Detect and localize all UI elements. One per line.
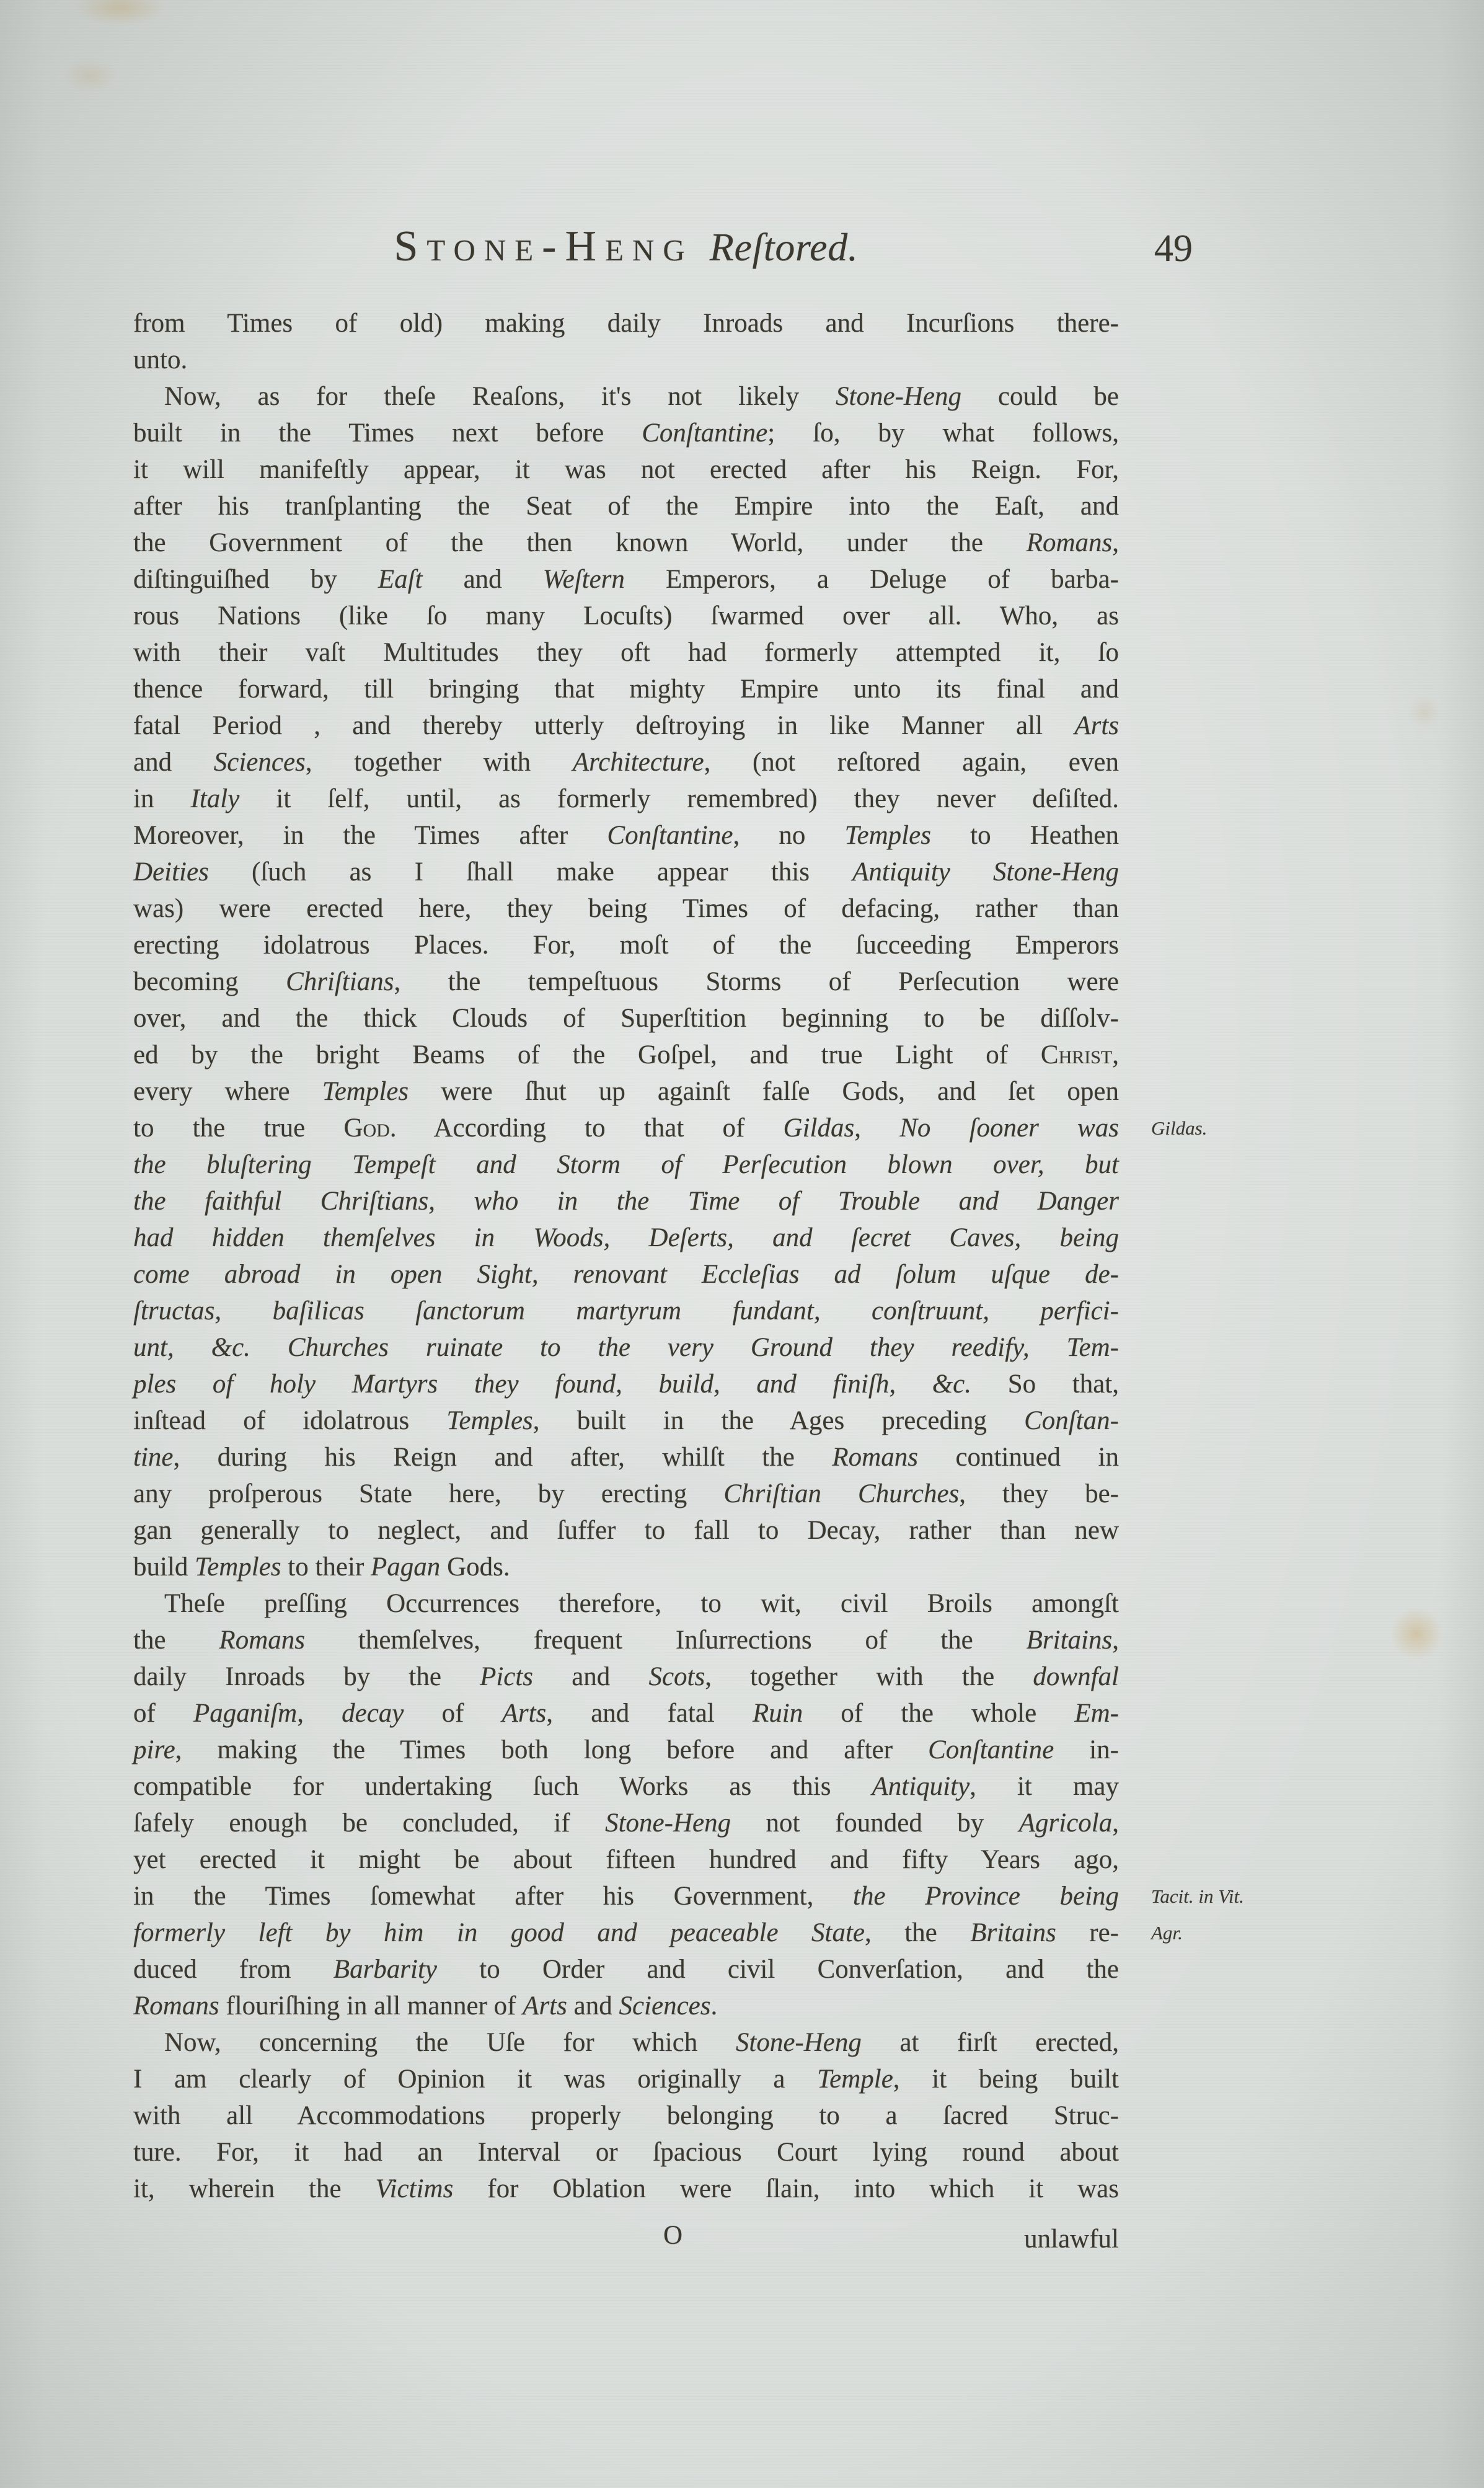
text-segment: Barbarity (333, 1955, 437, 1984)
text-line: Moreover, in the Times after Conſtantine… (133, 817, 1119, 854)
text-segment: the Government of the then known World, … (133, 528, 1027, 557)
text-segment: Scots (648, 1662, 705, 1691)
text-segment: and (133, 748, 214, 777)
text-segment: the faithful Chriſtians, who in the Time… (133, 1187, 1119, 1216)
text-segment: rous Nations (like ſo many Locuſts) ſwar… (133, 601, 1119, 631)
text-segment: Chriſtians (286, 967, 394, 996)
text-segment: , (1112, 1626, 1119, 1655)
text-segment: , no (733, 821, 844, 850)
text-segment: Picts (480, 1662, 533, 1691)
text-segment: Temples (446, 1406, 532, 1435)
text-line: ples of holy Martyrs they found, build, … (133, 1366, 1119, 1402)
text-segment: the (133, 1626, 219, 1655)
text-line: Romans flouriſhing in all manner of Arts… (133, 1988, 1119, 2024)
text-segment: Italy (191, 784, 240, 813)
text-segment: were ſhut up againſt falſe Gods, and ſet… (409, 1077, 1119, 1106)
text-segment: the Province being (853, 1882, 1119, 1911)
text-segment: , (854, 1113, 899, 1143)
text-line: ture. For, it had an Interval or ſpaciou… (133, 2134, 1119, 2171)
text-segment: inſtead of idolatrous (133, 1406, 446, 1435)
text-segment: God (343, 1113, 389, 1143)
text-segment: ſafely enough be concluded, if (133, 1808, 605, 1838)
text-segment: in (133, 784, 191, 813)
text-line: any proſperous State here, by erecting C… (133, 1476, 1119, 1512)
text-segment: to the true (133, 1113, 343, 1143)
text-segment: , the (865, 1918, 970, 1947)
margin-note: Gildas. (1151, 1110, 1411, 1146)
text-segment: come abroad in open Sight, renovant Eccl… (133, 1260, 1119, 1289)
text-line: over, and the thick Clouds of Superſtiti… (133, 1000, 1119, 1037)
text-segment: of (133, 1699, 193, 1728)
text-segment: Emperors, a Deluge of barba- (625, 565, 1119, 594)
text-segment: after his tranſplanting the Seat of the … (133, 492, 1119, 521)
text-line: in the Times ſomewhat after his Governme… (133, 1878, 1119, 1915)
text-segment: Paganiſm (193, 1699, 297, 1728)
text-line: with their vaſt Multitudes they oft had … (133, 634, 1119, 671)
text-segment: tine (133, 1443, 173, 1472)
text-segment: downfal (1033, 1662, 1119, 1691)
text-segment: ples of holy Martyrs they found, build, … (133, 1370, 971, 1399)
text-line: the bluſtering Tempeſt and Storm of Perſ… (133, 1146, 1119, 1183)
book-page: Stone-HengReſtored. 49 from Times of old… (0, 0, 1484, 2488)
text-segment: Conſtantine (642, 418, 767, 448)
text-segment: yet erected it might be about fifteen hu… (133, 1845, 1119, 1874)
text-line: Now, concerning the Uſe for which Stone-… (133, 2024, 1119, 2061)
text-segment: Weſtern (543, 565, 625, 594)
text-segment: , (297, 1699, 342, 1728)
text-segment: of the whole (803, 1699, 1074, 1728)
text-segment: over, and the thick Clouds of Superſtiti… (133, 1004, 1119, 1033)
text-segment: was) were erected here, they being Times… (133, 894, 1119, 923)
text-segment: Conſtantine (928, 1735, 1054, 1764)
text-segment: Stone-Heng (605, 1808, 731, 1838)
text-line: the Government of the then known World, … (133, 525, 1119, 561)
text-segment: Romans (133, 1991, 219, 2021)
text-segment: flouriſhing in all manner of (219, 1991, 523, 2021)
text-segment: and (423, 565, 543, 594)
text-segment: decay (342, 1699, 404, 1728)
text-block: from Times of old) making daily Inroads … (133, 305, 1119, 2254)
text-segment: Stone-Heng (736, 2028, 862, 2057)
text-segment: to Order and civil Converſation, and the (437, 1955, 1119, 1984)
text-line: the faithful Chriſtians, who in the Time… (133, 1183, 1119, 1220)
text-segment: , built in the Ages preceding (533, 1406, 1024, 1435)
text-line: inſtead of idolatrous Temples, built in … (133, 1402, 1119, 1439)
margin-note: Agr. (1151, 1915, 1411, 1951)
text-line: fatal Period , and thereby utterly deſtr… (133, 707, 1119, 744)
text-segment: Britains (970, 1918, 1056, 1947)
catchword: unlawful (1024, 2221, 1119, 2257)
text-segment: , the tempeſtuous Storms of Perſecution … (394, 967, 1120, 996)
text-segment: build (133, 1552, 195, 1582)
text-segment: Architecture (573, 748, 704, 777)
text-segment: Pagan (371, 1552, 440, 1582)
text-line: ed by the bright Beams of the Goſpel, an… (133, 1037, 1119, 1073)
text-segment: Temples (845, 821, 931, 850)
text-segment: to Heathen (931, 821, 1119, 850)
text-segment: in the Times ſomewhat after his Governme… (133, 1882, 853, 1911)
text-segment: Britains (1027, 1626, 1113, 1655)
text-segment: becoming (133, 967, 286, 996)
text-line: every where Temples were ſhut up againſt… (133, 1073, 1119, 1110)
text-segment: Theſe preſſing Occurrences therefore, to… (164, 1589, 1119, 1618)
text-segment: . (710, 1991, 717, 2021)
text-segment: unt, &c. Churches ruinate to the very Gr… (133, 1333, 1119, 1362)
text-line: the Romans themſelves, frequent Inſurrec… (133, 1622, 1119, 1658)
text-segment: diſtinguiſhed by (133, 565, 378, 594)
text-segment: , it being built (893, 2065, 1119, 2094)
text-segment: , during his Reign and after, whilſt the (173, 1443, 832, 1472)
text-line: gan generally to neglect, and ſuffer to … (133, 1512, 1119, 1549)
text-segment: compatible for undertaking ſuch Works as… (133, 1772, 872, 1801)
text-line: ſtructas, baſilicas ſanctorum martyrum f… (133, 1293, 1119, 1329)
text-segment: , (1112, 1040, 1119, 1069)
text-segment: Arts (502, 1699, 547, 1728)
text-line: from Times of old) making daily Inroads … (133, 305, 1119, 342)
text-segment: with all Accommodations properly belongi… (133, 2101, 1119, 2130)
text-line: daily Inroads by the Picts and Scots, to… (133, 1658, 1119, 1695)
text-line: built in the Times next before Conſtanti… (133, 415, 1119, 451)
text-segment: I am clearly of Opinion it was originall… (133, 2065, 817, 2094)
text-segment: could be (961, 382, 1119, 411)
text-segment: Conſtantine (607, 821, 733, 850)
text-segment: built in the Times next before (133, 418, 642, 448)
text-segment: Gods. (440, 1552, 510, 1582)
text-segment: for Oblation were ſlain, into which it w… (453, 2174, 1119, 2203)
text-line: I am clearly of Opinion it was originall… (133, 2061, 1119, 2097)
text-line: diſtinguiſhed by Eaſt and Weſtern Empero… (133, 561, 1119, 598)
signature-row: Ounlawful (133, 2217, 1119, 2254)
running-head: Stone-HengReſtored. (133, 222, 1119, 272)
text-segment: Stone-Heng (836, 382, 961, 411)
text-segment: not founded by (731, 1808, 1019, 1838)
text-segment: every where (133, 1077, 322, 1106)
text-segment: any proſperous State here, by erecting (133, 1479, 723, 1508)
text-segment: in- (1054, 1735, 1119, 1764)
text-segment: (ſuch as I ſhall make appear this (209, 857, 852, 887)
text-line: becoming Chriſtians, the tempeſtuous Sto… (133, 963, 1119, 1000)
text-segment: the bluſtering Tempeſt and Storm of Perſ… (133, 1150, 1119, 1179)
text-line: build Temples to their Pagan Gods. (133, 1549, 1119, 1585)
margin-note: Tacit. in Vit. (1151, 1878, 1411, 1915)
text-line: it, wherein the Victims for Oblation wer… (133, 2171, 1119, 2207)
text-segment: Now, concerning the Uſe for which (164, 2028, 736, 2057)
text-segment: unto. (133, 345, 187, 374)
text-segment: themſelves, frequent Inſurrections of th… (305, 1626, 1027, 1655)
running-head-subtitle: Reſtored. (710, 225, 859, 269)
text-segment: Em- (1074, 1699, 1119, 1728)
text-segment: Antiquity Stone-Heng (852, 857, 1119, 887)
text-line: it will manifeſtly appear, it was not er… (133, 451, 1119, 488)
text-segment: re- (1056, 1918, 1119, 1947)
text-segment: with their vaſt Multitudes they oft had … (133, 638, 1119, 667)
text-line: pire, making the Times both long before … (133, 1732, 1119, 1768)
paper-stain (62, 57, 118, 94)
text-segment: No ſooner was (899, 1113, 1119, 1143)
text-segment: Christ (1041, 1040, 1112, 1069)
text-segment: Arts (1074, 711, 1119, 740)
text-segment: ſtructas, baſilicas ſanctorum martyrum f… (133, 1296, 1119, 1326)
text-line: after his tranſplanting the Seat of the … (133, 488, 1119, 525)
text-line: Theſe preſſing Occurrences therefore, to… (133, 1585, 1119, 1622)
text-segment: Ruin (753, 1699, 803, 1728)
text-segment: . According to that of (390, 1113, 784, 1143)
text-line: had hidden themſelves in Woods, Deſerts,… (133, 1220, 1119, 1256)
text-segment: Romans (219, 1626, 305, 1655)
text-segment: Victims (376, 2174, 454, 2203)
text-line: in Italy it ſelf, until, as formerly rem… (133, 781, 1119, 817)
text-segment: , (not reſtored again, even (704, 748, 1119, 777)
text-segment: thence forward, till bringing that might… (133, 675, 1119, 704)
text-segment: Antiquity (872, 1772, 970, 1801)
text-segment: it, wherein the (133, 2174, 376, 2203)
text-segment: to their (281, 1552, 371, 1582)
running-head-title: Stone-Heng (394, 223, 693, 270)
text-line: compatible for undertaking ſuch Works as… (133, 1768, 1119, 1805)
text-segment: it ſelf, until, as formerly remembred) t… (239, 784, 1119, 813)
page-number: 49 (1154, 227, 1193, 271)
text-line: ſafely enough be concluded, if Stone-Hen… (133, 1805, 1119, 1841)
text-line: come abroad in open Sight, renovant Eccl… (133, 1256, 1119, 1293)
text-segment: , together with the (705, 1662, 1033, 1691)
text-line: unto. (133, 342, 1119, 378)
text-segment: had hidden themſelves in Woods, Deſerts,… (133, 1223, 1119, 1252)
text-segment: erecting idolatrous Places. For, moſt of… (133, 931, 1119, 960)
text-segment: Temples (195, 1552, 281, 1582)
text-segment: Arts (523, 1991, 567, 2021)
text-segment: , together with (306, 748, 573, 777)
text-segment: , it may (969, 1772, 1119, 1801)
text-line: duced from Barbarity to Order and civil … (133, 1951, 1119, 1988)
text-segment: Chriſtian Churches (723, 1479, 959, 1508)
text-segment: pire (133, 1735, 175, 1764)
text-line: Deities (ſuch as I ſhall make appear thi… (133, 854, 1119, 890)
text-line: and Sciences, together with Architecture… (133, 744, 1119, 781)
text-segment: from Times of old) making daily Inroads … (133, 309, 1119, 338)
text-line: thence forward, till bringing that might… (133, 671, 1119, 707)
text-segment: Eaſt (378, 565, 423, 594)
text-segment: Romans (1027, 528, 1113, 557)
text-segment: gan generally to neglect, and ſuffer to … (133, 1516, 1119, 1545)
text-segment: ed by the bright Beams of the Goſpel, an… (133, 1040, 1041, 1069)
paper-stain (1389, 1606, 1444, 1662)
text-segment: Conſtan- (1024, 1406, 1119, 1435)
text-line: with all Accommodations properly belongi… (133, 2097, 1119, 2134)
text-segment: , they be- (959, 1479, 1119, 1508)
text-segment: , (1112, 1808, 1119, 1838)
text-segment: Romans (832, 1443, 918, 1472)
text-segment: Now, as for theſe Reaſons, it's not like… (164, 382, 836, 411)
text-segment: duced from (133, 1955, 333, 1984)
text-line: Now, as for theſe Reaſons, it's not like… (133, 378, 1119, 415)
paper-stain (1407, 694, 1442, 729)
text-segment: fatal Period , and thereby utterly deſtr… (133, 711, 1074, 740)
text-line: of Paganiſm, decay of Arts, and fatal Ru… (133, 1695, 1119, 1732)
text-segment: Gildas (784, 1113, 855, 1143)
signature-mark: O (663, 2217, 682, 2254)
text-segment: at firſt erected, (862, 2028, 1119, 2057)
text-line: was) were erected here, they being Times… (133, 890, 1119, 927)
text-segment: , (1112, 528, 1119, 557)
text-segment: daily Inroads by the (133, 1662, 480, 1691)
text-line: formerly left by him in good and peaceab… (133, 1915, 1119, 1951)
text-segment: Sciences (619, 1991, 710, 2021)
text-line: erecting idolatrous Places. For, moſt of… (133, 927, 1119, 963)
text-line: yet erected it might be about fifteen hu… (133, 1841, 1119, 1878)
text-segment: Sciences (214, 748, 306, 777)
paper-stain (73, 0, 166, 26)
text-segment: it will manifeſtly appear, it was not er… (133, 455, 1119, 484)
text-line: rous Nations (like ſo many Locuſts) ſwar… (133, 598, 1119, 634)
text-segment: Deities (133, 857, 209, 887)
text-segment: of (404, 1699, 501, 1728)
text-segment: formerly left by him in good and peaceab… (133, 1918, 865, 1947)
text-segment: ture. For, it had an Interval or ſpaciou… (133, 2138, 1119, 2167)
text-segment: and (567, 1991, 619, 2021)
text-line: unt, &c. Churches ruinate to the very Gr… (133, 1329, 1119, 1366)
text-segment: Temple (817, 2065, 893, 2094)
text-segment: continued in (918, 1443, 1119, 1472)
text-segment: , making the Times both long before and … (175, 1735, 928, 1764)
text-segment: ; ſo, by what follows, (767, 418, 1119, 448)
text-segment: and (533, 1662, 648, 1691)
text-line: to the true God. According to that of Gi… (133, 1110, 1119, 1146)
text-segment: Moreover, in the Times after (133, 821, 607, 850)
text-segment: Temples (322, 1077, 409, 1106)
text-line: tine, during his Reign and after, whilſt… (133, 1439, 1119, 1476)
text-segment: So that, (971, 1370, 1119, 1399)
text-segment: Agricola (1019, 1808, 1112, 1838)
text-segment: , and fatal (546, 1699, 753, 1728)
